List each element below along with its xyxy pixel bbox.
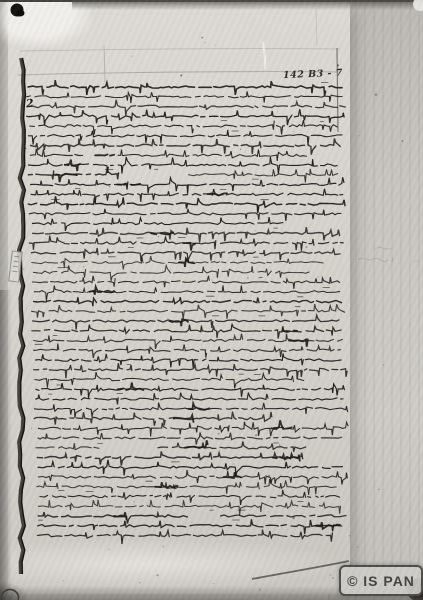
ink-blot-top-left <box>11 4 25 17</box>
watermark-text: © IS PAN <box>347 573 415 589</box>
pencil-note <box>358 247 419 262</box>
overlay-graphics <box>0 0 423 600</box>
page-corner-curl-line <box>252 561 349 579</box>
scratch-mark <box>263 42 265 69</box>
handwriting-layer <box>27 80 348 544</box>
manuscript-photo: 142 B3 - 7 2 © IS PAN <box>0 0 423 600</box>
page-left-edge-shadow <box>19 58 26 574</box>
dust-specks <box>22 6 403 591</box>
archival-number-annotation: 142 B3 - 7 <box>283 68 337 81</box>
punch-hole-top-right <box>413 0 423 11</box>
bottom-left-corner-shadow <box>0 582 28 600</box>
margin-numeral: 2 <box>25 97 34 111</box>
watermark-stamp: © IS PAN <box>339 565 423 596</box>
